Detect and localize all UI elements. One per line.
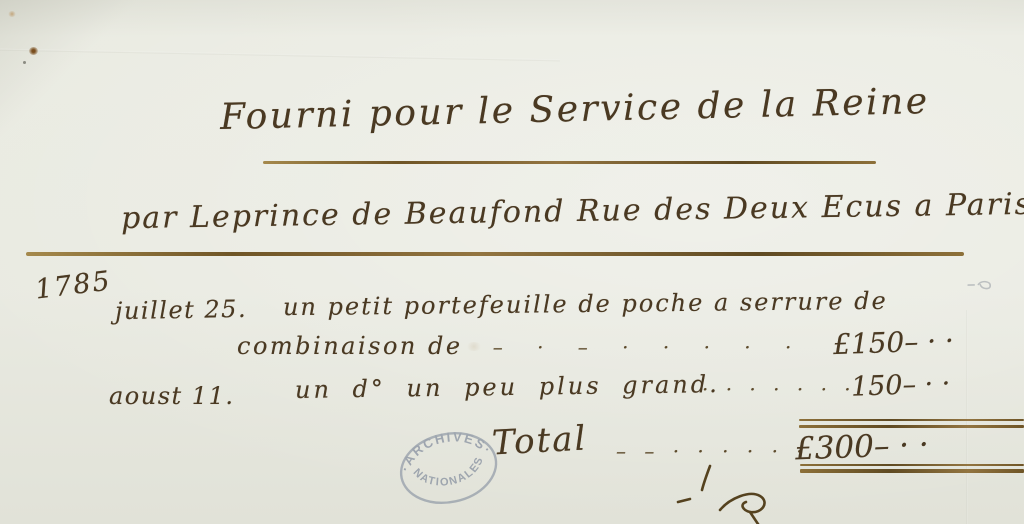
foxing-spot (8, 11, 16, 17)
dot-leader: · · · · · · · (702, 379, 851, 399)
signature-flourish (656, 458, 796, 524)
foxing-spot (29, 47, 38, 55)
entry-description: un petit portefeuille de poche a serrure… (283, 289, 888, 319)
supplier-line: par Leprince de Beaufond Rue des Deux Ec… (121, 190, 1024, 234)
archives-nationales-stamp: ·ARCHIVES· ·NATIONALES· (387, 412, 511, 524)
total-bottom-rule (800, 464, 1024, 473)
paper-crease (966, 310, 968, 524)
title-underline-rule (263, 161, 876, 164)
foxing-spot (23, 61, 26, 64)
header-separator-rule (26, 252, 964, 256)
entry-amount: 150– · · (851, 370, 951, 400)
entry-description: un d° un peu plus grand. (295, 372, 720, 402)
total-label: Total (491, 422, 588, 461)
stamp-text-bottom: ·NATIONALES· (387, 412, 490, 499)
dot-leader: · – · – · · · · · (452, 337, 791, 357)
document-title: Fourni pour le Service de la Reine (220, 84, 930, 136)
entry-description-continued: combinaison de (237, 334, 463, 358)
entry-date: aoust 11. (109, 384, 234, 408)
manuscript-page: Fourni pour le Service de la Reine par L… (0, 0, 1024, 524)
svg-text:·NATIONALES·: ·NATIONALES· (387, 412, 490, 499)
total-amount: £300– · · (794, 430, 929, 466)
pencil-mark (965, 274, 1000, 300)
entry-date: juillet 25. (115, 297, 247, 323)
entry-amount: £150– · · (833, 327, 955, 359)
year-label: 1785 (34, 267, 113, 303)
paper-crease (0, 49, 560, 62)
